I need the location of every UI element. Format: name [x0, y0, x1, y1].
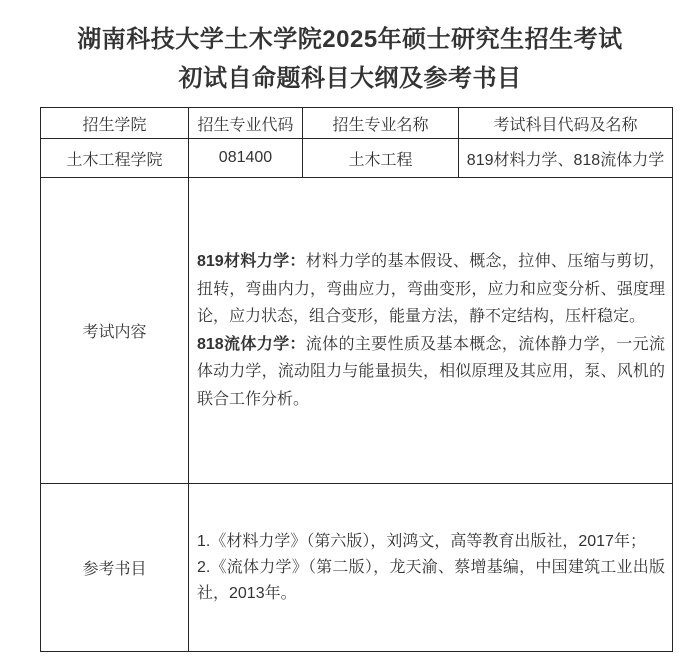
exam-content-row: 考试内容 819材料力学：材料力学的基本假设、概念，拉伸、压缩与剪切，扭转，弯曲…	[41, 178, 673, 484]
college-cell: 土木工程学院	[41, 139, 189, 178]
subject-819-title: 819材料力学：	[197, 253, 306, 270]
page-title: 湖南科技大学土木学院2025年硕士研究生招生考试 初试自命题科目大纲及参考书目	[0, 0, 700, 98]
subject-819-paragraph: 819材料力学：材料力学的基本假设、概念，拉伸、压缩与剪切，扭转，弯曲内力，弯曲…	[197, 248, 665, 331]
program-row: 土木工程学院 081400 土木工程 819材料力学、818流体力学	[41, 139, 673, 178]
subject-818-paragraph: 818流体力学：流体的主要性质及基本概念，流体静力学，一元流体动力学，流动阻力与…	[197, 331, 665, 414]
syllabus-table: 招生学院 招生专业代码 招生专业名称 考试科目代码及名称 土木工程学院 0814…	[40, 107, 673, 652]
title-line-2: 初试自命题科目大纲及参考书目	[0, 59, 700, 98]
reference-label: 参考书目	[41, 484, 189, 652]
exam-subjects-cell: 819材料力学、818流体力学	[459, 139, 673, 178]
reference-row: 参考书目 1.《材料力学》（第六版），刘鸿文，高等教育出版社，2017年； 2.…	[41, 484, 673, 652]
header-college: 招生学院	[41, 108, 189, 139]
major-name-cell: 土木工程	[303, 139, 459, 178]
reference-item-2: 2.《流体力学》（第二版），龙天渝、蔡增基编，中国建筑工业出版社，2013年。	[197, 555, 665, 607]
reference-item-1: 1.《材料力学》（第六版），刘鸿文，高等教育出版社，2017年；	[197, 529, 665, 555]
header-major-name: 招生专业名称	[303, 108, 459, 139]
title-line-1: 湖南科技大学土木学院2025年硕士研究生招生考试	[0, 20, 700, 59]
subject-818-title: 818流体力学：	[197, 336, 306, 353]
table-header-row: 招生学院 招生专业代码 招生专业名称 考试科目代码及名称	[41, 108, 673, 139]
exam-content-label: 考试内容	[41, 178, 189, 484]
exam-content-cell: 819材料力学：材料力学的基本假设、概念，拉伸、压缩与剪切，扭转，弯曲内力，弯曲…	[189, 178, 673, 484]
reference-cell: 1.《材料力学》（第六版），刘鸿文，高等教育出版社，2017年； 2.《流体力学…	[189, 484, 673, 652]
header-major-code: 招生专业代码	[189, 108, 303, 139]
page: 湖南科技大学土木学院2025年硕士研究生招生考试 初试自命题科目大纲及参考书目 …	[0, 0, 700, 663]
header-exam-subjects: 考试科目代码及名称	[459, 108, 673, 139]
major-code-cell: 081400	[189, 139, 303, 178]
